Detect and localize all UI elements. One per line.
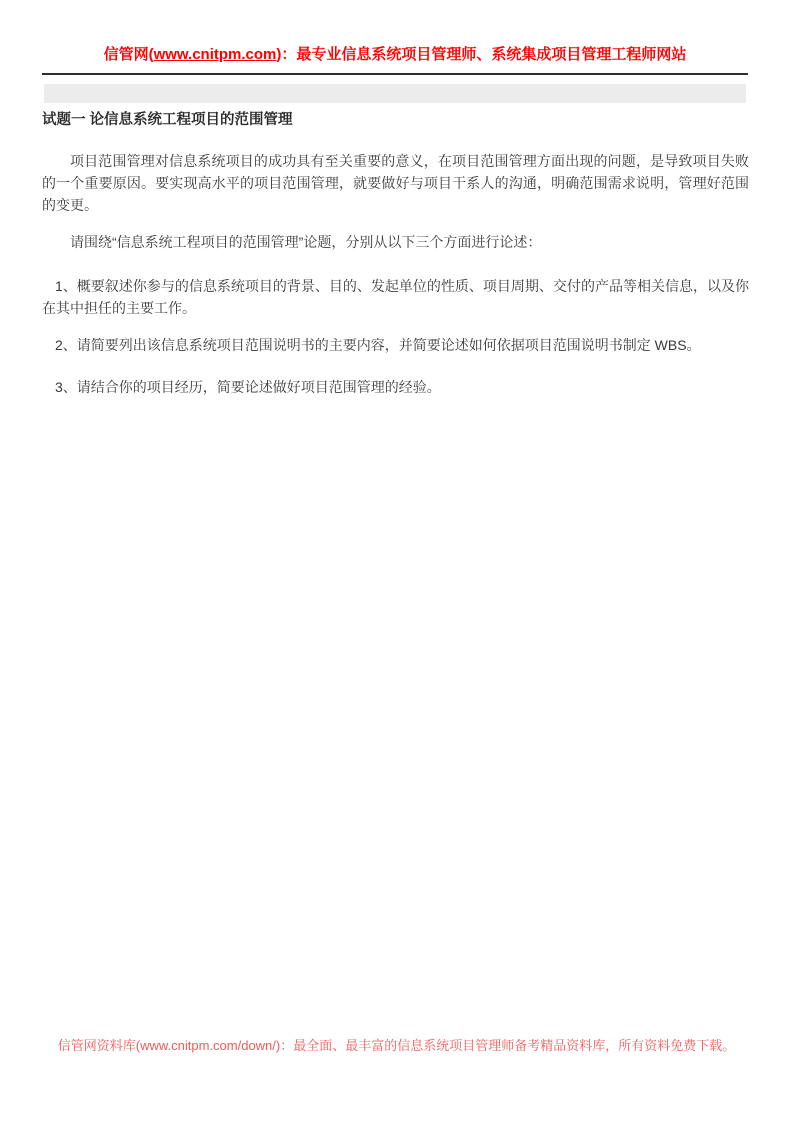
header-site-name: 信管网( bbox=[104, 46, 154, 63]
question-item-1: 1、概要叙述你参与的信息系统项目的背景、目的、发起单位的性质、项目周期、交付的产… bbox=[42, 275, 749, 319]
footer-site-name: 信管网资料库( bbox=[58, 1038, 140, 1053]
instruction-paragraph: 请围绕“信息系统工程项目的范围管理”论题，分别从以下三个方面进行论述： bbox=[42, 231, 749, 253]
footer-site-link[interactable]: www.cnitpm.com/down/ bbox=[140, 1038, 276, 1053]
header-tagline: )：最专业信息系统项目管理师、系统集成项目管理工程师网站 bbox=[276, 46, 686, 63]
question-item-2: 2、请简要列出该信息系统项目范围说明书的主要内容，并简要论述如何依据项目范围说明… bbox=[42, 334, 749, 356]
exam-question-title: 试题一 论信息系统工程项目的范围管理 bbox=[42, 110, 749, 130]
header-site-link[interactable]: www.cnitpm.com bbox=[154, 46, 277, 63]
gray-divider-bar bbox=[44, 84, 746, 103]
page-footer: 信管网资料库(www.cnitpm.com/down/)：最全面、最丰富的信息系… bbox=[0, 1036, 793, 1056]
document-page: 信管网(www.cnitpm.com)：最专业信息系统项目管理师、系统集成项目管… bbox=[0, 0, 793, 1122]
page-header: 信管网(www.cnitpm.com)：最专业信息系统项目管理师、系统集成项目管… bbox=[42, 44, 748, 75]
footer-tagline: )：最全面、最丰富的信息系统项目管理师备考精品资料库，所有资料免费下载。 bbox=[276, 1038, 735, 1053]
question-item-3: 3、请结合你的项目经历，简要论述做好项目范围管理的经验。 bbox=[42, 376, 749, 398]
document-body: 试题一 论信息系统工程项目的范围管理 项目范围管理对信息系统项目的成功具有至关重… bbox=[42, 110, 749, 413]
intro-paragraph: 项目范围管理对信息系统项目的成功具有至关重要的意义，在项目范围管理方面出现的问题… bbox=[42, 150, 749, 216]
